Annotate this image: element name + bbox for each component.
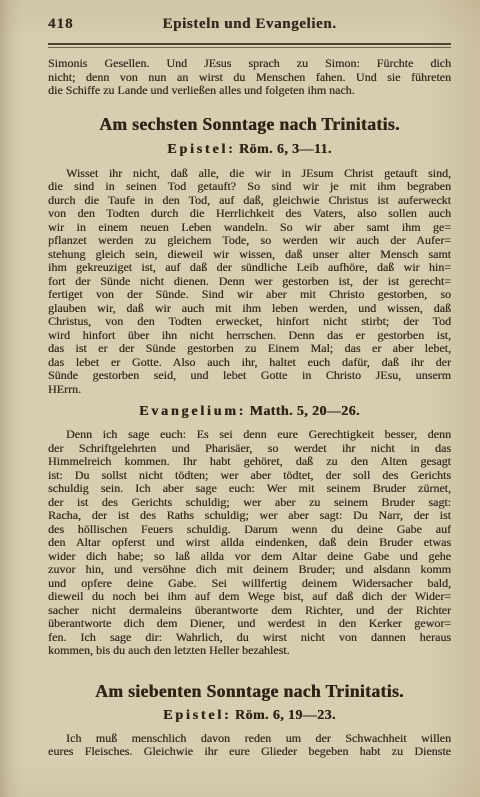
text-line: nicht; denn von nun an wirst du Menschen…: [48, 71, 451, 85]
scripture-label: Evangelium:: [139, 404, 246, 419]
text-line: des höllischen Feuers schuldig. Darum we…: [48, 523, 451, 537]
book-page-scan: 418 Episteln und Evangelien. Simonis Ges…: [0, 0, 480, 797]
paragraph: Ich muß menschlich davon reden um der Sc…: [48, 732, 451, 759]
text-line: Ich muß menschlich davon reden um der Sc…: [48, 732, 451, 746]
text-line: Sünde gestorben seid, und lebet Gotte in…: [48, 369, 451, 383]
text-line: wir in einem neuen Leben wandeln. So wir…: [48, 221, 451, 235]
text-line: glauben wir, daß wir auch mit ihm leben …: [48, 302, 451, 316]
text-line: stehung gleich sein, dieweil wir wissen,…: [48, 248, 451, 262]
text-line: Wisset ihr nicht, daß alle, die wir in J…: [48, 167, 451, 181]
text-line: die sind in seinen Tod getauft? So sind …: [48, 180, 451, 194]
header-rule-thick-line: [48, 43, 451, 45]
text-line: ihm gekreuziget ist, auf daß der sündlic…: [48, 261, 451, 275]
page-content: Simonis Gesellen. Und JEsus sprach zu Si…: [48, 57, 451, 759]
paragraph: Wisset ihr nicht, daß alle, die wir in J…: [48, 167, 451, 397]
scripture-ref: Röm. 6, 19—23.: [235, 708, 336, 723]
text-line: fen. Ich sage dir: Wahrlich, du wirst ni…: [48, 631, 451, 645]
text-line: Simonis Gesellen. Und JEsus sprach zu Si…: [48, 57, 451, 71]
text-line: sacher nicht dermaleins überantworte dem…: [48, 604, 451, 618]
paragraph: Denn ich sage euch: Es sei denn eure Ger…: [48, 428, 451, 658]
text-line: HErrn.: [48, 383, 451, 397]
paragraph: Simonis Gesellen. Und JEsus sprach zu Si…: [48, 57, 451, 98]
section-heading: Am sechsten Sonntage nach Trinitatis.: [48, 112, 451, 136]
text-line: und opfere deine Gabe. Sei willfertig de…: [48, 577, 451, 591]
text-line: kommen, bis du auch den letzten Heller b…: [48, 644, 451, 658]
scripture-ref: Röm. 6, 3—11.: [239, 142, 332, 157]
text-line: das lebet er Gotte. Also auch ihr, halte…: [48, 356, 451, 370]
header-rule: [48, 43, 451, 48]
text-line: Himmelreich kommen. Ihr habt gehöret, da…: [48, 455, 451, 469]
page-number: 418: [48, 16, 74, 33]
scripture-label: Epistel:: [163, 708, 231, 723]
text-line: der Schriftgelehrten und Pharisäer, so w…: [48, 442, 451, 456]
text-line: die Schiffe zu Lande und verließen alles…: [48, 84, 451, 98]
header-rule-thin-line: [48, 47, 451, 48]
running-header-title: Episteln und Evangelien.: [48, 16, 451, 33]
text-line: schuldig sein. Ich aber sage euch: Wer m…: [48, 482, 451, 496]
scripture-ref: Matth. 5, 20—26.: [250, 404, 360, 419]
text-line: überantworte dich dem Diener, und werdes…: [48, 617, 451, 631]
text-line: fertiget von der Sünde. Sind wir aber mi…: [48, 288, 451, 302]
scripture-label: Epistel:: [167, 142, 235, 157]
text-line: pflanzet werden zu gleichem Tode, so wer…: [48, 234, 451, 248]
text-line: Christus, von den Todten erwecket, hinfo…: [48, 315, 451, 329]
running-header: 418 Episteln und Evangelien.: [48, 16, 451, 34]
text-line: Denn ich sage euch: Es sei denn eure Ger…: [48, 428, 451, 442]
text-line: das ist er der Sünde gestorben zu Einem …: [48, 342, 451, 356]
text-line: ist: Du sollst nicht tödten; wer aber tö…: [48, 469, 451, 483]
text-line: von den Todten durch die Herrlichkeit de…: [48, 207, 451, 221]
text-line: eures Fleisches. Gleichwie ihr eure Glie…: [48, 745, 451, 759]
scripture-reference: Evangelium: Matth. 5, 20—26.: [48, 403, 451, 421]
text-line: den Altar opferst und wirst allda einden…: [48, 536, 451, 550]
text-line: Racha, der ist des Raths schuldig; wer a…: [48, 509, 451, 523]
text-line: fort der Sünde nicht dienen. Denn wer ge…: [48, 275, 451, 289]
text-line: zuvor hin, und versöhne dich mit deinem …: [48, 563, 451, 577]
scripture-reference: Epistel: Röm. 6, 3—11.: [48, 141, 451, 159]
text-line: wider dich habe; so laß allda vor dem Al…: [48, 550, 451, 564]
text-line: der ist des Gerichts schuldig; wer aber …: [48, 496, 451, 510]
text-column: 418 Episteln und Evangelien. Simonis Ges…: [48, 16, 451, 759]
text-line: dieweil du noch bei ihm auf dem Wege bis…: [48, 590, 451, 604]
scripture-reference: Epistel: Röm. 6, 19—23.: [48, 707, 451, 725]
text-line: wird hinfort über ihn nicht herrschen. D…: [48, 329, 451, 343]
text-line: durch die Taufe in den Tod, auf daß, gle…: [48, 194, 451, 208]
section-heading: Am siebenten Sonntage nach Trinitatis.: [48, 679, 451, 703]
